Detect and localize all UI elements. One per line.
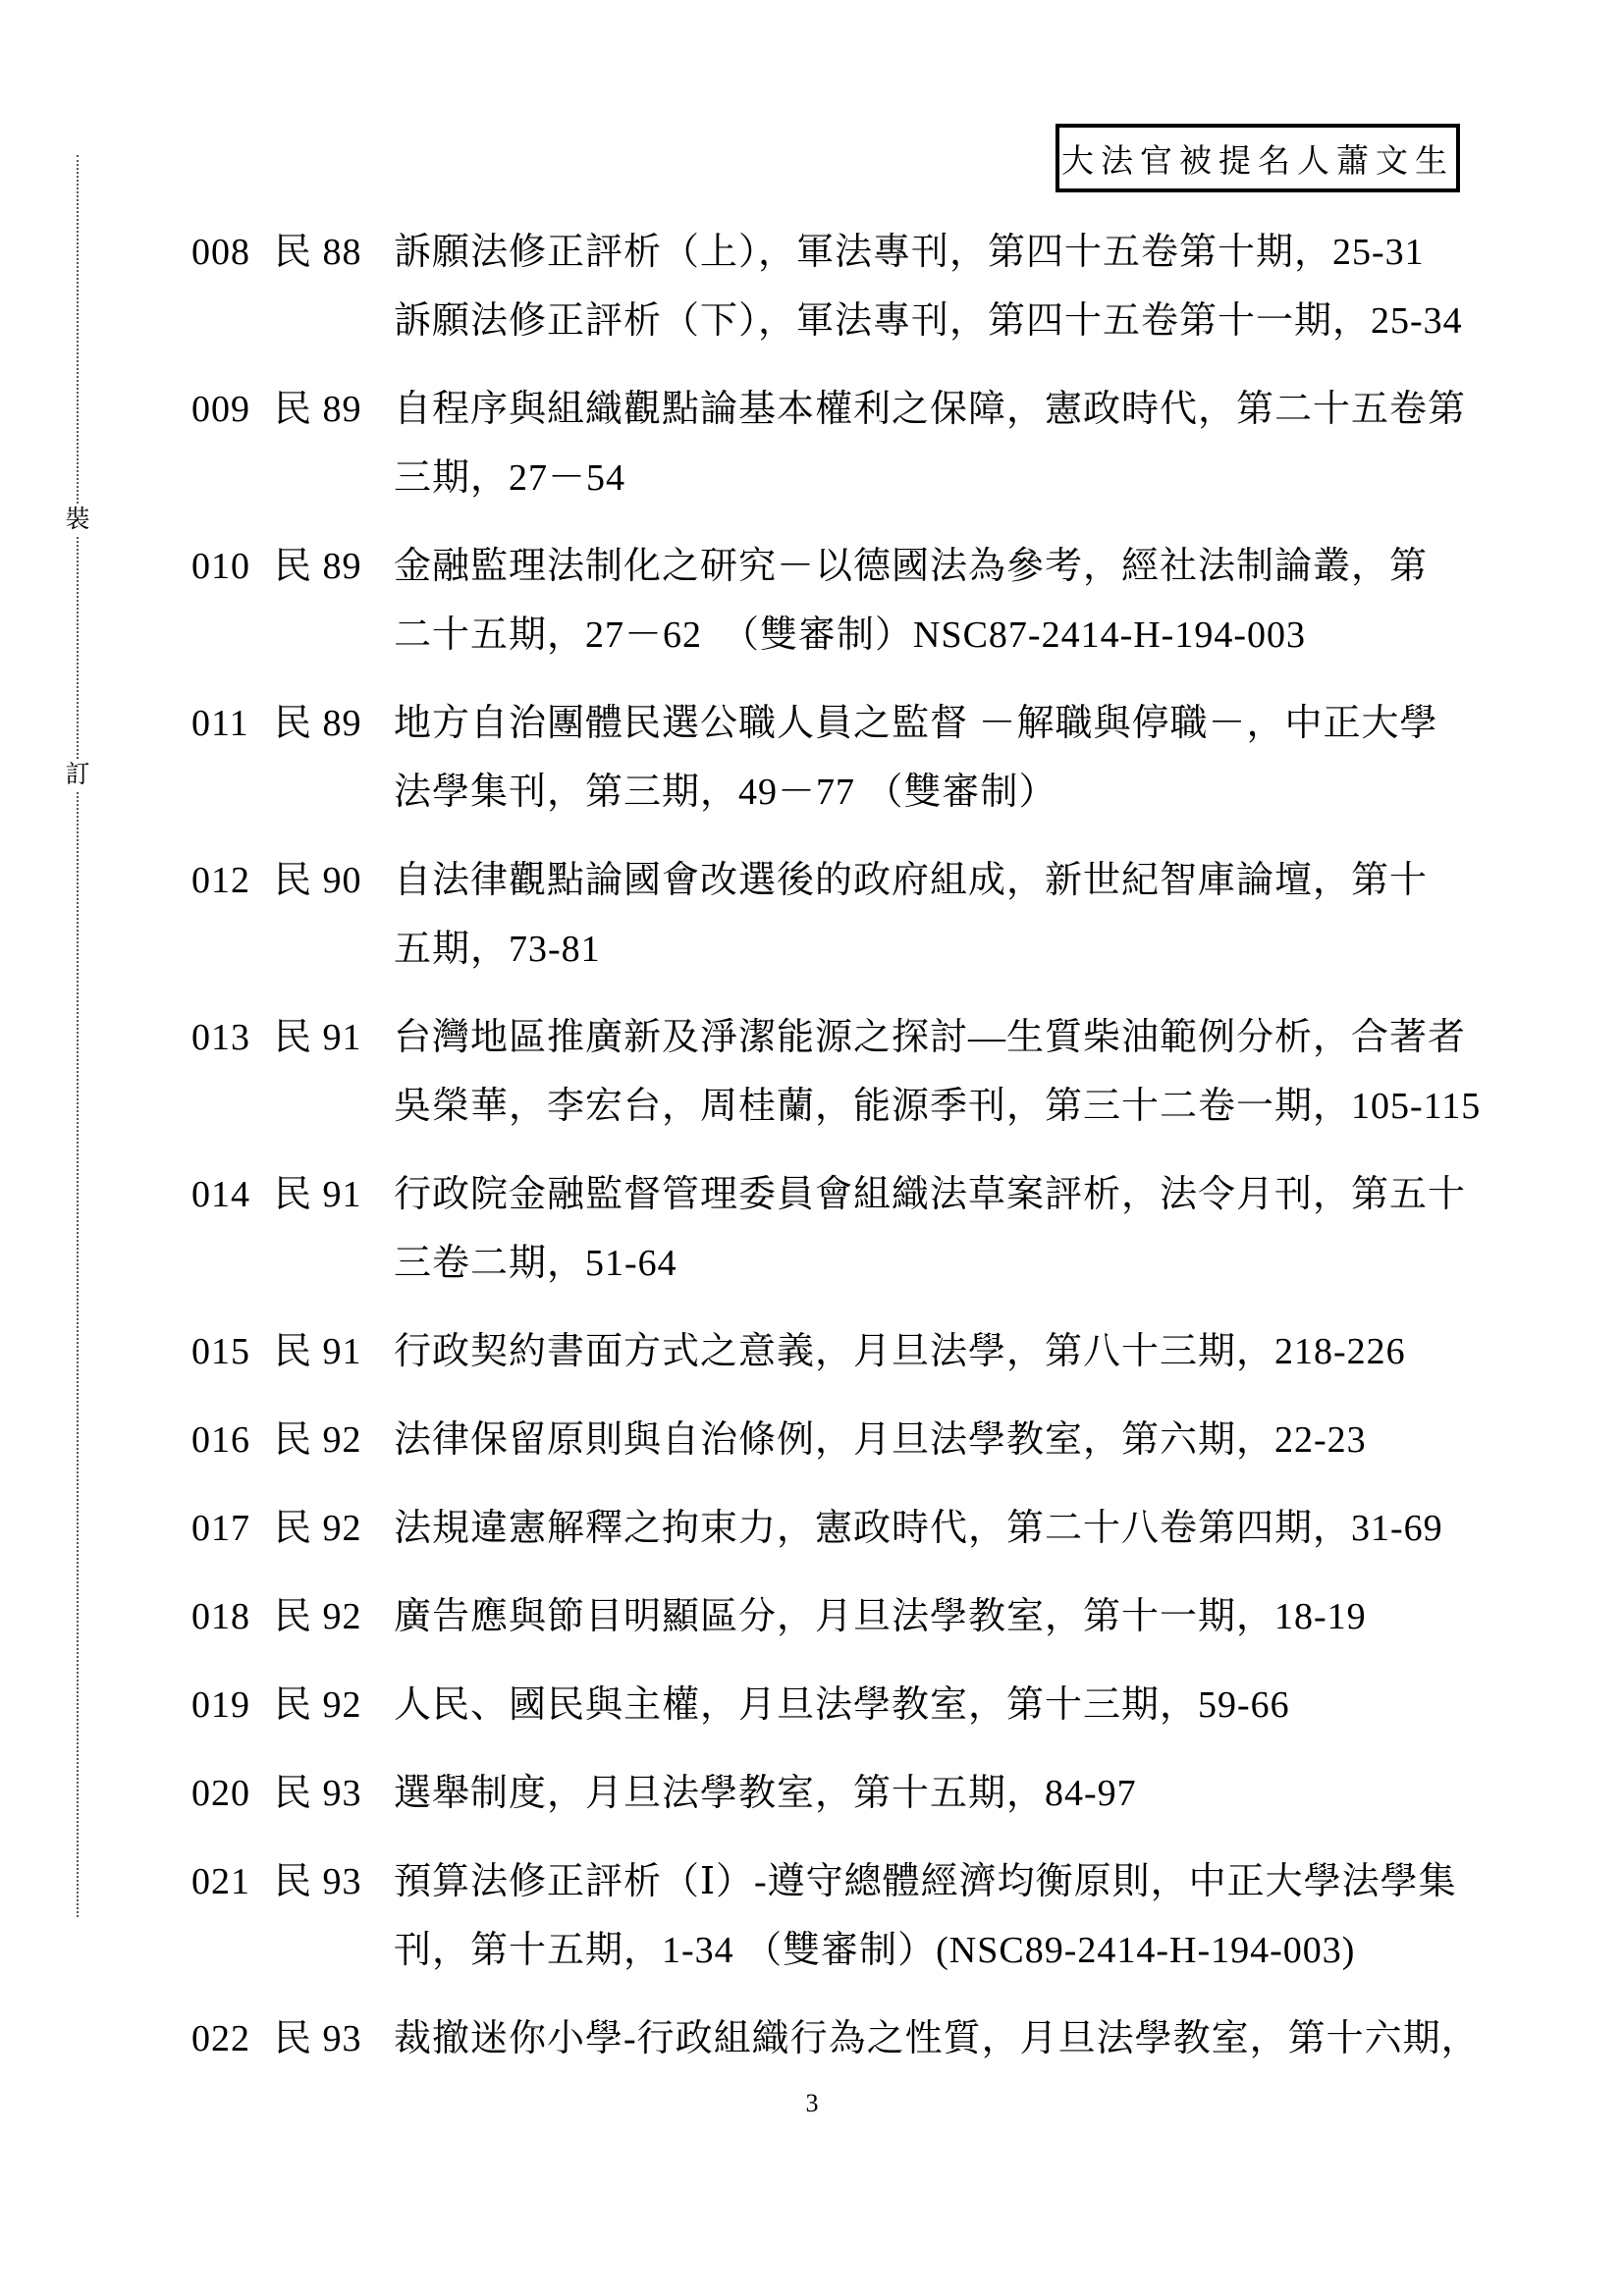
- entry-title-line: 選舉制度，月旦法學教室，第十五期，84-97: [394, 1759, 1507, 1828]
- nominee-header-box: 大法官被提名人蕭文生: [1056, 124, 1460, 192]
- entry-number: 009: [191, 375, 256, 444]
- nominee-name: 大法官被提名人蕭文生: [1061, 135, 1454, 182]
- publication-entry-018: 018 民 92 廣告應與節目明顯區分，月旦法學教室，第十一期，18-19: [191, 1582, 1507, 1651]
- publication-entry-020: 020 民 93 選舉制度，月旦法學教室，第十五期，84-97: [191, 1759, 1507, 1828]
- entry-era-year: 民 89: [274, 689, 378, 758]
- entry-title-line: 裁撤迷你小學-行政組織行為之性質，月旦法學教室，第十六期，: [394, 2004, 1507, 2073]
- entry-continuation-line: 刊，第十五期，1-34 （雙審制）(NSC89-2414-H-194-003): [191, 1916, 1507, 1985]
- entry-continuation-line: 五期，73-81: [191, 915, 1507, 984]
- entry-number: 010: [191, 532, 256, 601]
- entry-era-year: 民 92: [274, 1406, 378, 1474]
- entry-title-line: 台灣地區推廣新及淨潔能源之探討—生質柴油範例分析，合著者: [394, 1003, 1507, 1072]
- entry-number: 021: [191, 1847, 256, 1916]
- entry-title-line: 金融監理法制化之研究－以德國法為參考，經社法制論叢，第: [394, 532, 1507, 601]
- publication-entry-009: 009 民 89 自程序與組織觀點論基本權利之保障，憲政時代，第二十五卷第 三期…: [191, 375, 1507, 512]
- publication-entry-012: 012 民 90 自法律觀點論國會改選後的政府組成，新世紀智庫論壇，第十 五期，…: [191, 846, 1507, 984]
- entry-number: 011: [191, 689, 256, 758]
- entry-number: 020: [191, 1759, 256, 1828]
- publication-entry-019: 019 民 92 人民、國民與主權，月旦法學教室，第十三期，59-66: [191, 1671, 1507, 1739]
- entry-era-year: 民 91: [274, 1317, 378, 1386]
- entry-number: 018: [191, 1582, 256, 1651]
- entry-era-year: 民 89: [274, 532, 378, 601]
- entry-era-year: 民 92: [274, 1494, 378, 1563]
- entry-title-line: 行政契約書面方式之意義，月旦法學，第八十三期，218-226: [394, 1317, 1507, 1386]
- entry-number: 019: [191, 1671, 256, 1739]
- entry-number: 015: [191, 1317, 256, 1386]
- publication-entry-016: 016 民 92 法律保留原則與自治條例，月旦法學教室，第六期，22-23: [191, 1406, 1507, 1474]
- entry-continuation-line: 訴願法修正評析（下），軍法專刊，第四十五卷第十一期，25-34: [191, 287, 1507, 355]
- binding-dotted-line: [77, 155, 79, 1917]
- entry-number: 016: [191, 1406, 256, 1474]
- entry-continuation-line: 法學集刊，第三期，49－77 （雙審制）: [191, 758, 1507, 827]
- entry-title-line: 法律保留原則與自治條例，月旦法學教室，第六期，22-23: [394, 1406, 1507, 1474]
- entry-era-year: 民 92: [274, 1582, 378, 1651]
- entry-title-line: 自程序與組織觀點論基本權利之保障，憲政時代，第二十五卷第: [394, 375, 1507, 444]
- entry-continuation-line: 三卷二期，51-64: [191, 1229, 1507, 1298]
- entry-era-year: 民 89: [274, 375, 378, 444]
- publication-list: 008 民 88 訴願法修正評析（上），軍法專刊，第四十五卷第十期，25-31 …: [191, 218, 1507, 2093]
- entry-title-line: 自法律觀點論國會改選後的政府組成，新世紀智庫論壇，第十: [394, 846, 1507, 915]
- entry-continuation-line: 三期，27－54: [191, 444, 1507, 512]
- entry-era-year: 民 93: [274, 1847, 378, 1916]
- page-number: 3: [0, 2089, 1624, 2118]
- entry-number: 017: [191, 1494, 256, 1563]
- publication-entry-015: 015 民 91 行政契約書面方式之意義，月旦法學，第八十三期，218-226: [191, 1317, 1507, 1386]
- entry-title-line: 行政院金融監督管理委員會組織法草案評析，法令月刊，第五十: [394, 1160, 1507, 1229]
- entry-era-year: 民 92: [274, 1671, 378, 1739]
- publication-entry-021: 021 民 93 預算法修正評析（Ⅰ）-遵守總體經濟均衡原則，中正大學法學集 刊…: [191, 1847, 1507, 1985]
- entry-era-year: 民 93: [274, 2004, 378, 2073]
- publication-entry-010: 010 民 89 金融監理法制化之研究－以德國法為參考，經社法制論叢，第 二十五…: [191, 532, 1507, 669]
- entry-era-year: 民 90: [274, 846, 378, 915]
- document-page: 裝 訂 大法官被提名人蕭文生 008 民 88 訴願法修正評析（上），軍法專刊，…: [0, 0, 1624, 2296]
- entry-era-year: 民 91: [274, 1160, 378, 1229]
- entry-era-year: 民 88: [274, 218, 378, 287]
- entry-number: 013: [191, 1003, 256, 1072]
- publication-entry-017: 017 民 92 法規違憲解釋之拘束力，憲政時代，第二十八卷第四期，31-69: [191, 1494, 1507, 1563]
- entry-title-line: 人民、國民與主權，月旦法學教室，第十三期，59-66: [394, 1671, 1507, 1739]
- publication-entry-011: 011 民 89 地方自治團體民選公職人員之監督 －解職與停職－，中正大學 法學…: [191, 689, 1507, 827]
- entry-era-year: 民 93: [274, 1759, 378, 1828]
- entry-number: 008: [191, 218, 256, 287]
- entry-era-year: 民 91: [274, 1003, 378, 1072]
- entry-title-line: 訴願法修正評析（上），軍法專刊，第四十五卷第十期，25-31: [394, 218, 1507, 287]
- publication-entry-008: 008 民 88 訴願法修正評析（上），軍法專刊，第四十五卷第十期，25-31 …: [191, 218, 1507, 355]
- entry-number: 014: [191, 1160, 256, 1229]
- publication-entry-013: 013 民 91 台灣地區推廣新及淨潔能源之探討—生質柴油範例分析，合著者 吳榮…: [191, 1003, 1507, 1141]
- binding-mark-zhuang: 裝: [63, 506, 92, 535]
- entry-title-line: 廣告應與節目明顯區分，月旦法學教室，第十一期，18-19: [394, 1582, 1507, 1651]
- publication-entry-022: 022 民 93 裁撤迷你小學-行政組織行為之性質，月旦法學教室，第十六期，: [191, 2004, 1507, 2073]
- entry-number: 012: [191, 846, 256, 915]
- entry-title-line: 法規違憲解釋之拘束力，憲政時代，第二十八卷第四期，31-69: [394, 1494, 1507, 1563]
- entry-continuation-line: 吳榮華，李宏台，周桂蘭，能源季刊，第三十二卷一期，105-115: [191, 1072, 1507, 1141]
- binding-mark-ding: 訂: [63, 761, 92, 790]
- entry-continuation-line: 二十五期，27－62 （雙審制）NSC87-2414-H-194-003: [191, 601, 1507, 669]
- entry-title-line: 地方自治團體民選公職人員之監督 －解職與停職－，中正大學: [394, 689, 1507, 758]
- entry-number: 022: [191, 2004, 256, 2073]
- entry-title-line: 預算法修正評析（Ⅰ）-遵守總體經濟均衡原則，中正大學法學集: [394, 1847, 1507, 1916]
- publication-entry-014: 014 民 91 行政院金融監督管理委員會組織法草案評析，法令月刊，第五十 三卷…: [191, 1160, 1507, 1298]
